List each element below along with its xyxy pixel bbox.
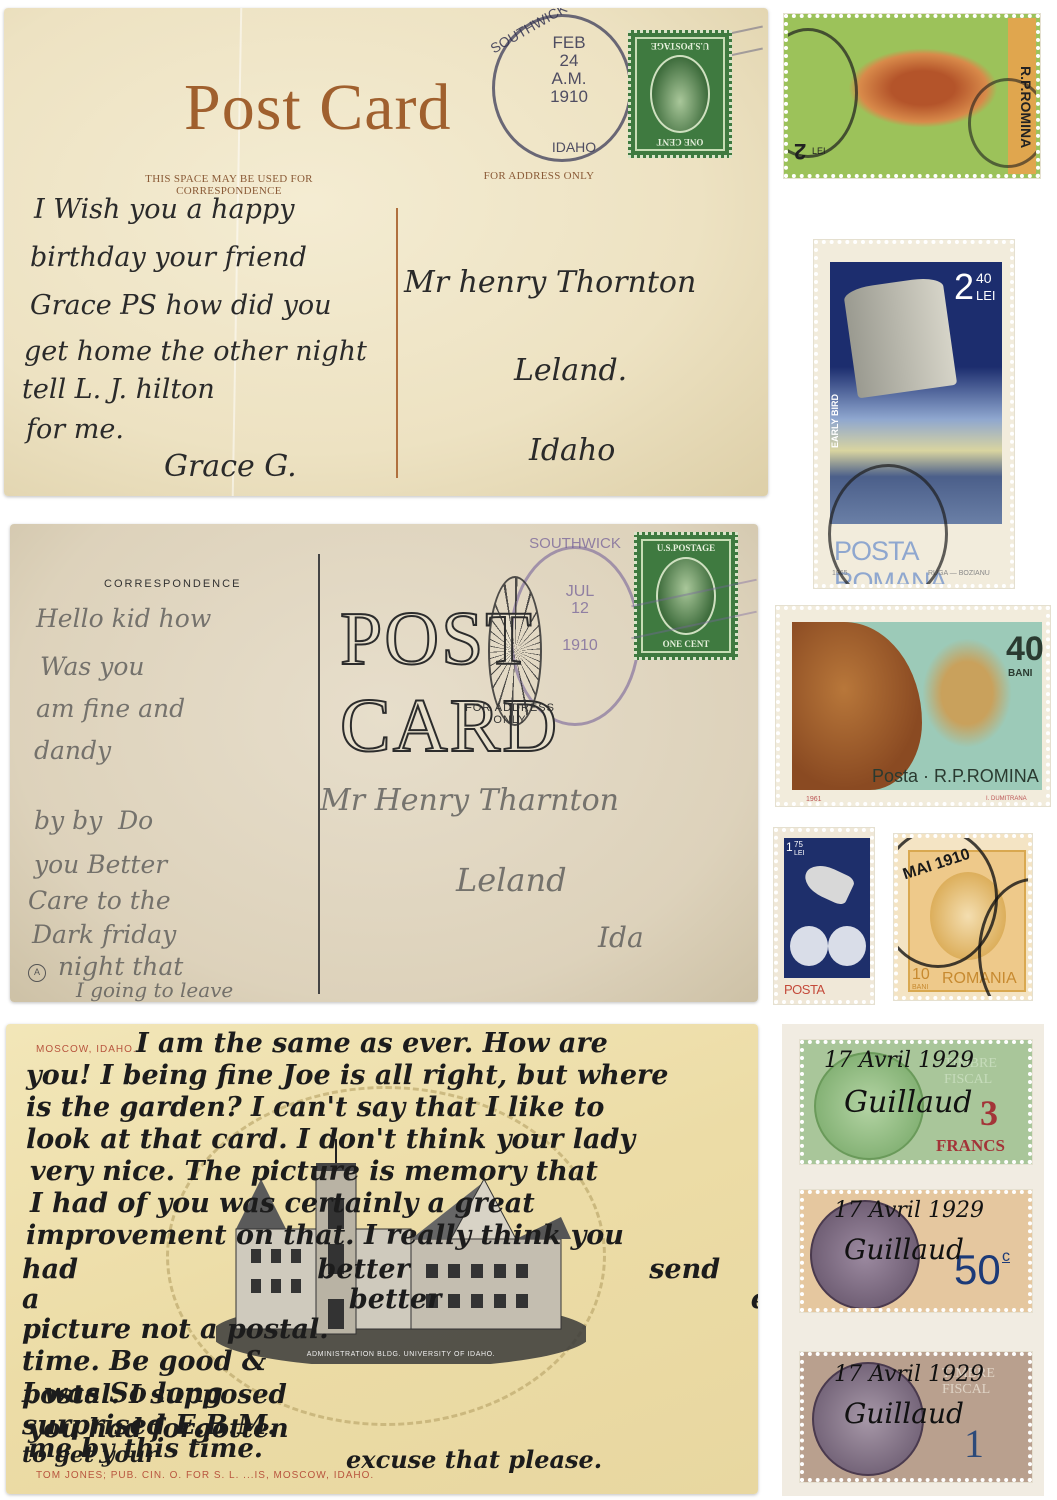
postcard-birthday: Post Card FEB 24 A.M. 1910 SOUTHWICK IDA… <box>4 8 768 496</box>
message-line: I had of you was certainly a great <box>30 1190 535 1217</box>
stamp-name: EARLY BIRD <box>830 394 840 448</box>
message-line: I Wish you a happy <box>34 196 294 223</box>
stamp-value: 40 <box>1006 630 1044 669</box>
stamp-unit: FRANCS <box>936 1136 1005 1156</box>
stamp-cosmonauts: 1 75 LEI POSTA ROMANA <box>774 828 874 1004</box>
address-line: Leland. <box>514 356 627 386</box>
message-line: time. Be good & <box>22 1348 266 1375</box>
stamp-value: 3 <box>980 1092 998 1134</box>
stamp-king: ROMANIA 10 BANI MAI 1910 <box>894 834 1032 1000</box>
postcard-moscow-idaho: MOSCOW, IDAHO. TOM JONES; PUB. CIN. O. F… <box>6 1024 758 1494</box>
stamp-bottom-text: U.S.POSTAGE <box>651 41 709 51</box>
cosmonaut-helmet <box>828 926 866 966</box>
address-line: Mr henry Thornton <box>404 268 696 298</box>
message-line: get home the other night <box>24 338 367 365</box>
postmark-day: 24 <box>544 52 594 70</box>
message-line: by by Do <box>34 808 153 833</box>
message-line: a better enough on <box>22 1286 758 1313</box>
message-line: I am the same as ever. How are <box>136 1030 608 1057</box>
stamp-value: 2 <box>954 266 974 308</box>
postcard-title: Post Card <box>184 70 452 146</box>
stamp-unit: LEI <box>976 288 996 303</box>
stamp-early-bird: 2 40 LEI EARLY BIRD POSTA ROMANA 1965 RU… <box>814 240 1014 588</box>
card-header: MOSCOW, IDAHO. <box>36 1044 137 1055</box>
correspondence-label: CORRESPONDENCE <box>104 578 241 590</box>
stamp-value: 10 <box>912 966 930 984</box>
signature: Grace G. <box>164 452 297 482</box>
stamp-deer: R.P.ROMINA 2 LEI <box>784 14 1040 178</box>
address-line: Leland <box>456 864 567 896</box>
message-line: tell L. J. hilton <box>22 376 215 403</box>
stamp-fiscal-50-centimes: 50 c 17 Avril 1929 Guillaud <box>800 1190 1032 1312</box>
stamp-bottom-text: ONE CENT <box>663 639 710 649</box>
postmark-date: FEB 24 A.M. 1910 <box>544 34 594 105</box>
address-label: FOR ADDRESS ONLY <box>450 702 570 726</box>
postmark-town: SOUTHWICK <box>525 536 625 552</box>
stamp-unit: BANI <box>912 984 928 991</box>
message-line: Care to the <box>28 888 171 913</box>
message-line: you! I being fine Joe is all right, but … <box>26 1062 668 1089</box>
address-line: Mr Henry Tharnton <box>320 786 619 816</box>
stamp-country: Posta · R.P.ROMINA <box>872 766 1039 787</box>
signature-date: 17 Avril 1929 <box>824 1050 974 1072</box>
portrait-oval <box>650 55 710 133</box>
stamp-year: 1961 <box>806 796 822 803</box>
stamp-fiscal-1-franc: TIMBRE FISCAL 1 17 Avril 1929 Guillaud <box>800 1352 1032 1482</box>
address-line: Ida <box>598 924 644 952</box>
stamp-fiscal-3-francs: TIMBRE FISCAL 3 FRANCS 17 Avril 1929 Gui… <box>800 1040 1032 1164</box>
stamp-unit: BANI <box>1008 668 1032 679</box>
signature: Guillaud <box>844 1400 964 1428</box>
illustration-caption: ADMINISTRATION BLDG. UNIVERSITY OF IDAHO… <box>216 1351 586 1358</box>
postmark-year: 1910 <box>544 88 594 106</box>
message-line: I was So long <box>22 1380 223 1407</box>
satellite-shape <box>843 276 957 399</box>
cosmonaut-helmet <box>790 926 828 966</box>
message-line: look at that card. I don't think your la… <box>26 1126 635 1153</box>
stamp-country: POSTA ROMANA <box>784 982 870 1004</box>
address-line: Idaho <box>529 436 615 466</box>
message-line: Grace PS how did you <box>30 292 332 319</box>
message-line: is the garden? I can't say that I like t… <box>26 1094 604 1121</box>
signature: Guillaud <box>844 1236 964 1264</box>
postcard-pencil: CORRESPONDENCE SOUTHWICK JUL 12 1910 POS… <box>10 524 758 1002</box>
message-line: I going to leave <box>76 980 233 1000</box>
hunter-illustration <box>922 638 1012 748</box>
stamp-unit: c <box>1002 1248 1010 1266</box>
message-line: Dark friday <box>32 922 176 947</box>
stamp-top-text: U.S.POSTAGE <box>657 543 715 553</box>
message-line: birthday your friend <box>30 244 307 271</box>
card-divider <box>318 554 320 994</box>
postmark-state: IDAHO <box>544 140 604 155</box>
stamp-value-fraction: 75 <box>794 840 803 849</box>
message-line: night that <box>58 954 183 979</box>
spacecraft-shape <box>800 859 856 906</box>
message-line: picture not a postal. <box>22 1316 329 1343</box>
signature: Guillaud <box>844 1088 972 1118</box>
stamp-value: 1 <box>964 1420 984 1467</box>
portrait-oval <box>656 557 716 635</box>
stamp-value-fraction: 40 <box>976 270 992 286</box>
stamp-value: 1 <box>786 840 793 854</box>
stamp-top-text: ONE CENT <box>657 137 704 147</box>
postmark-time: A.M. <box>544 70 594 88</box>
stamp-artist: I. DUMITRANA <box>986 796 1027 802</box>
message-line: Was you <box>40 654 144 679</box>
stamp-bear: 40 BANI Posta · R.P.ROMINA 1961 I. DUMIT… <box>776 606 1050 806</box>
message-line: to get your <box>22 1444 157 1466</box>
bear-illustration <box>792 622 922 790</box>
card-footer: TOM JONES; PUB. CIN. O. FOR S. L. ...IS,… <box>36 1470 374 1481</box>
message-line: very nice. The picture is memory that <box>30 1158 598 1185</box>
message-line: had better send well this is <box>22 1256 758 1283</box>
card-divider <box>396 208 398 478</box>
publisher-logo: A <box>28 964 46 982</box>
stamp-unit: LEI <box>794 850 805 857</box>
signature-date: 17 Avril 1929 <box>834 1200 984 1222</box>
message-line: surprised E.B.M. <box>22 1412 277 1439</box>
message-line: Hello kid how <box>36 606 211 631</box>
stamp-us-one-cent: U.S.POSTAGE ONE CENT <box>634 532 738 660</box>
message-line: dandy <box>34 738 111 763</box>
message-line: for me. <box>26 416 124 443</box>
stamp-image-area <box>792 622 1042 790</box>
space-illustration <box>784 838 872 978</box>
stamp-us-one-cent: ONE CENT U.S.POSTAGE <box>628 30 732 158</box>
postmark-circle <box>968 78 1040 168</box>
address-label: FOR ADDRESS ONLY <box>464 170 614 182</box>
message-line: am fine and <box>36 696 185 721</box>
postmark-month: FEB <box>544 34 594 52</box>
message-line: improvement on that. I really think you <box>26 1222 624 1249</box>
signature-date: 17 Avril 1929 <box>834 1364 984 1386</box>
message-line: you Better <box>34 852 167 877</box>
postmark-circle <box>784 28 858 158</box>
